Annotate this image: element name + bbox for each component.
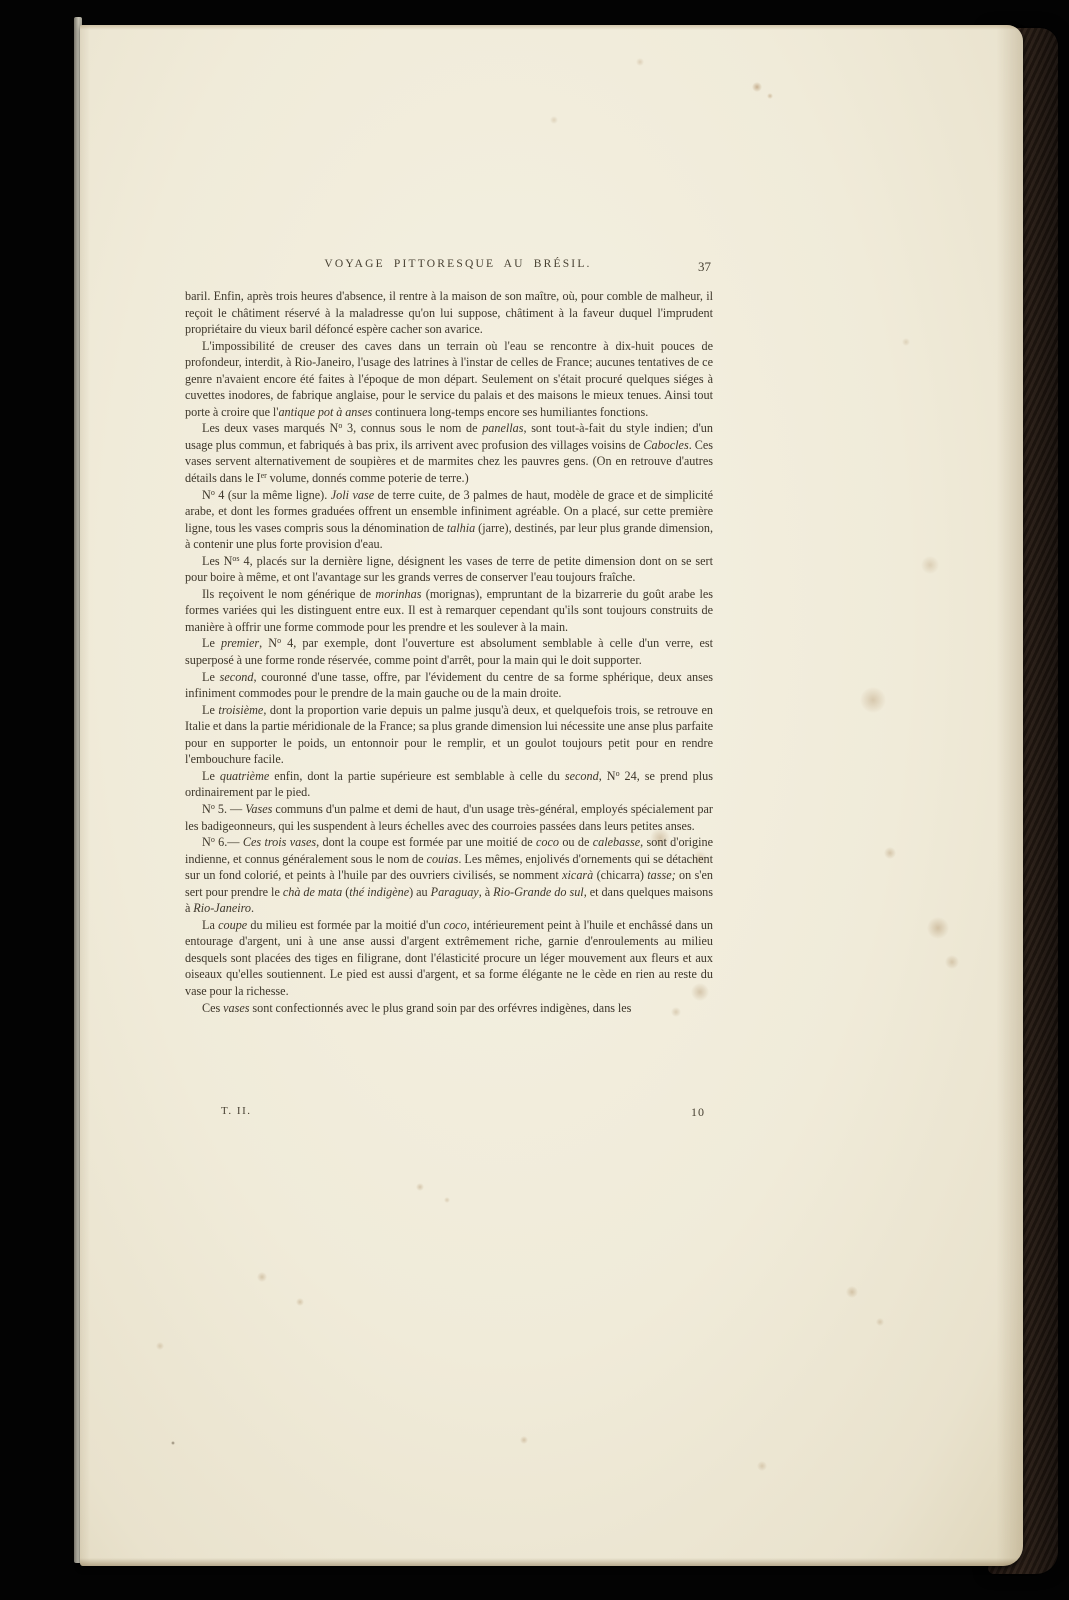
paragraph: Le premier, No 4, par exemple, dont l'ou… [185,635,713,668]
printed-area: VOYAGE PITTORESQUE AU BRÉSIL. 37 baril. … [185,258,713,1016]
page-number: 37 [698,259,711,275]
running-title: VOYAGE PITTORESQUE AU BRÉSIL. [185,258,713,270]
body-text: baril. Enfin, après trois heures d'absen… [185,288,713,1016]
sheet-signature: 10 [691,1105,713,1120]
paragraph: Ils reçoivent le nom générique de morinh… [185,586,713,636]
paragraph: Les deux vases marqués No 3, connus sous… [185,420,713,486]
paragraph: No 4 (sur la même ligne). Joli vase de t… [185,487,713,553]
paragraph: Ces vases sont confectionnés avec le plu… [185,1000,713,1017]
book-page: VOYAGE PITTORESQUE AU BRÉSIL. 37 baril. … [80,25,1023,1566]
paragraph: Le quatrième enfin, dont la partie supér… [185,768,713,801]
book-photo: VOYAGE PITTORESQUE AU BRÉSIL. 37 baril. … [0,0,1069,1600]
paragraph: Le troisième, dont la proportion varie d… [185,702,713,768]
paragraph: Les Nos 4, placés sur la dernière ligne,… [185,553,713,586]
paragraph: baril. Enfin, après trois heures d'absen… [185,288,713,338]
paragraph: La coupe du milieu est formée par la moi… [185,917,713,1000]
paragraph: No 5. — Vases communs d'un palme et demi… [185,801,713,834]
paragraph: No 6.— Ces trois vases, dont la coupe es… [185,834,713,917]
page-header: VOYAGE PITTORESQUE AU BRÉSIL. 37 [185,258,713,280]
page-footer: T. II. 10 [185,1105,713,1120]
volume-signature: T. II. [185,1105,251,1120]
paragraph: L'impossibilité de creuser des caves dan… [185,338,713,421]
paragraph: Le second, couronné d'une tasse, offre, … [185,669,713,702]
